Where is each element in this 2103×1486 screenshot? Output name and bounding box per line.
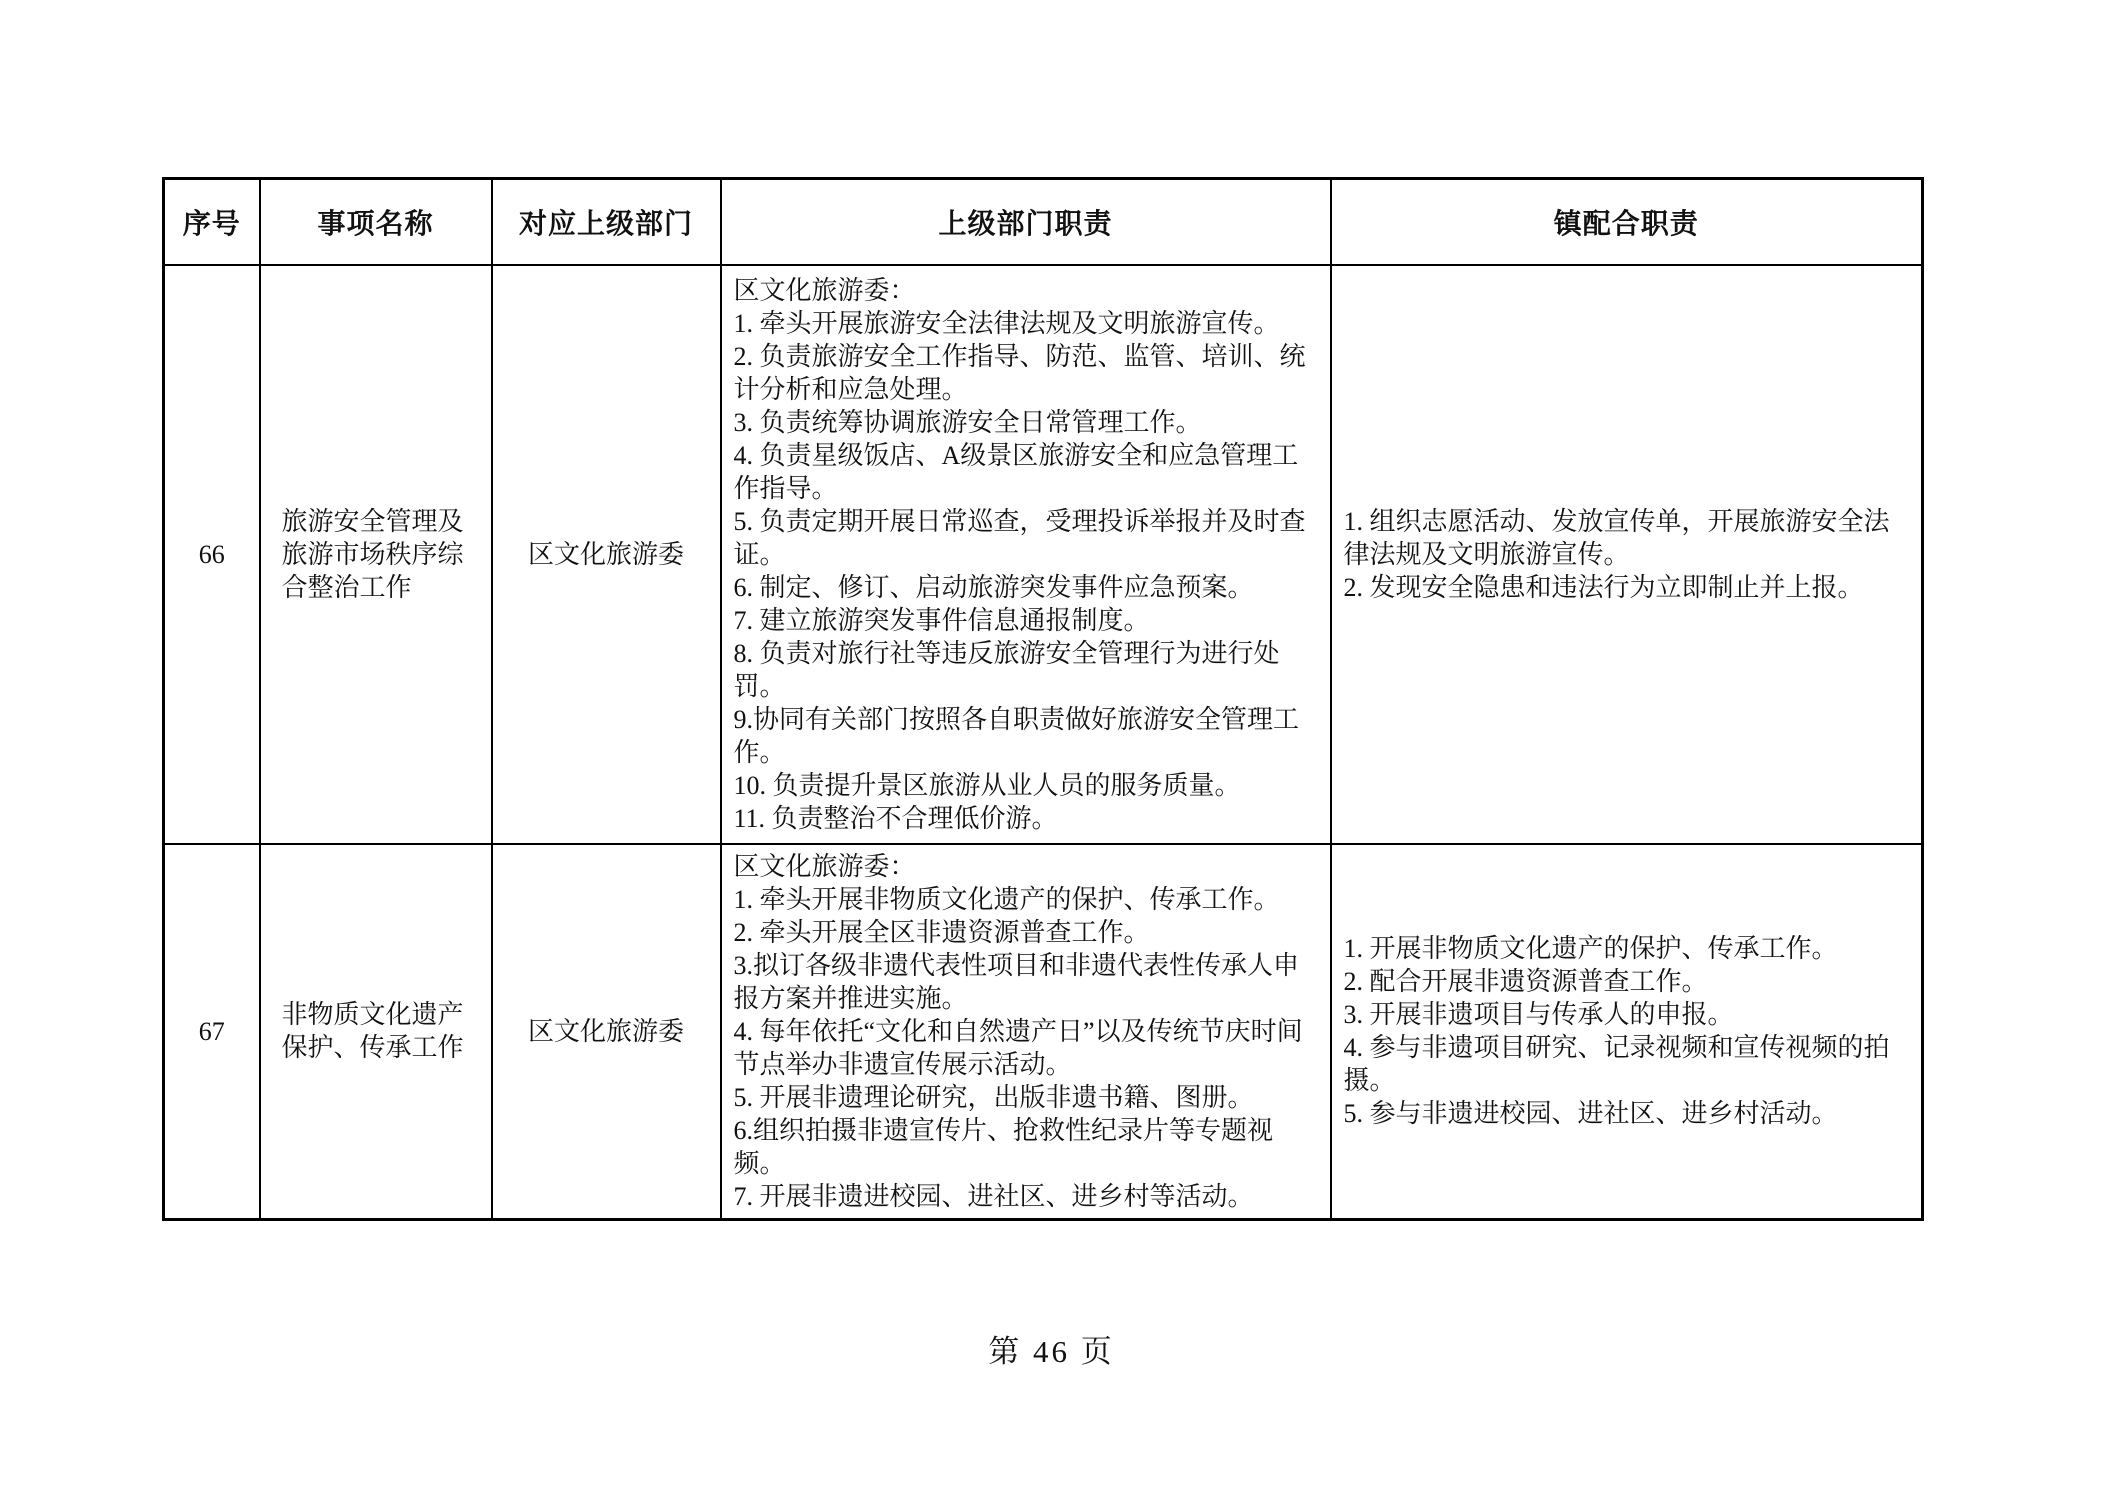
table-header-row: 序号 事项名称 对应上级部门 上级部门职责 镇配合职责 <box>164 179 1923 265</box>
cell-item-name-66: 旅游安全管理及旅游市场秩序综合整治工作 <box>260 265 492 844</box>
duties-table: 序号 事项名称 对应上级部门 上级部门职责 镇配合职责 66 旅游安全管理及旅游… <box>162 177 1924 1221</box>
duty-line: 5. 参与非遗进校园、进社区、进乡村活动。 <box>1344 1097 1914 1130</box>
cell-superior-duties-67: 区文化旅游委：1. 牵头开展非物质文化遗产的保护、传承工作。2. 牵头开展全区非… <box>721 844 1331 1220</box>
duty-line: 5. 开展非遗理论研究，出版非遗书籍、图册。 <box>734 1081 1322 1114</box>
header-item-name: 事项名称 <box>260 179 492 265</box>
duty-line: 2. 牵头开展全区非遗资源普查工作。 <box>734 916 1322 949</box>
header-superior-duties: 上级部门职责 <box>721 179 1331 265</box>
duty-line: 7. 建立旅游突发事件信息通报制度。 <box>734 604 1322 637</box>
table-row-67: 67 非物质文化遗产保护、传承工作 区文化旅游委 区文化旅游委：1. 牵头开展非… <box>164 844 1923 1220</box>
duty-line: 4. 参与非遗项目研究、记录视频和宣传视频的拍摄。 <box>1344 1031 1914 1097</box>
duty-line: 7. 开展非遗进校园、进社区、进乡村等活动。 <box>734 1180 1322 1213</box>
duty-line: 1. 开展非物质文化遗产的保护、传承工作。 <box>1344 932 1914 965</box>
duty-line: 8. 负责对旅行社等违反旅游安全管理行为进行处罚。 <box>734 637 1322 703</box>
cell-department-66: 区文化旅游委 <box>492 265 721 844</box>
duty-line: 3. 开展非遗项目与传承人的申报。 <box>1344 998 1914 1031</box>
cell-seq-66: 66 <box>164 265 260 844</box>
cell-superior-duties-66: 区文化旅游委：1. 牵头开展旅游安全法律法规及文明旅游宣传。2. 负责旅游安全工… <box>721 265 1331 844</box>
duty-line: 3. 负责统筹协调旅游安全日常管理工作。 <box>734 406 1322 439</box>
superior-duties-list-66: 区文化旅游委：1. 牵头开展旅游安全法律法规及文明旅游宣传。2. 负责旅游安全工… <box>734 274 1322 835</box>
town-duties-list-67: 1. 开展非物质文化遗产的保护、传承工作。2. 配合开展非遗资源普查工作。3. … <box>1344 932 1914 1130</box>
superior-duties-list-67: 区文化旅游委：1. 牵头开展非物质文化遗产的保护、传承工作。2. 牵头开展全区非… <box>734 850 1322 1213</box>
header-seq: 序号 <box>164 179 260 265</box>
duty-line: 6. 制定、修订、启动旅游突发事件应急预案。 <box>734 571 1322 604</box>
header-department: 对应上级部门 <box>492 179 721 265</box>
duty-line: 区文化旅游委： <box>734 850 1322 883</box>
header-town-duties: 镇配合职责 <box>1331 179 1923 265</box>
duty-line: 4. 负责星级饭店、A级景区旅游安全和应急管理工作指导。 <box>734 439 1322 505</box>
duty-line: 1. 组织志愿活动、发放宣传单，开展旅游安全法律法规及文明旅游宣传。 <box>1344 505 1914 571</box>
cell-item-name-67: 非物质文化遗产保护、传承工作 <box>260 844 492 1220</box>
duty-line: 5. 负责定期开展日常巡查，受理投诉举报并及时查证。 <box>734 505 1322 571</box>
cell-town-duties-67: 1. 开展非物质文化遗产的保护、传承工作。2. 配合开展非遗资源普查工作。3. … <box>1331 844 1923 1220</box>
duty-line: 4. 每年依托“文化和自然遗产日”以及传统节庆时间节点举办非遗宣传展示活动。 <box>734 1015 1322 1081</box>
document-page: 序号 事项名称 对应上级部门 上级部门职责 镇配合职责 66 旅游安全管理及旅游… <box>0 0 2103 1486</box>
duty-line: 1. 牵头开展非物质文化遗产的保护、传承工作。 <box>734 883 1322 916</box>
page-number: 第 46 页 <box>0 1326 2103 1371</box>
duty-line: 2. 负责旅游安全工作指导、防范、监管、培训、统计分析和应急处理。 <box>734 340 1322 406</box>
duty-line: 区文化旅游委： <box>734 274 1322 307</box>
table-row-66: 66 旅游安全管理及旅游市场秩序综合整治工作 区文化旅游委 区文化旅游委：1. … <box>164 265 1923 844</box>
duty-line: 2. 配合开展非遗资源普查工作。 <box>1344 965 1914 998</box>
cell-seq-67: 67 <box>164 844 260 1220</box>
cell-town-duties-66: 1. 组织志愿活动、发放宣传单，开展旅游安全法律法规及文明旅游宣传。2. 发现安… <box>1331 265 1923 844</box>
duty-line: 3.拟订各级非遗代表性项目和非遗代表性传承人申报方案并推进实施。 <box>734 949 1322 1015</box>
duty-line: 1. 牵头开展旅游安全法律法规及文明旅游宣传。 <box>734 307 1322 340</box>
duty-line: 6.组织拍摄非遗宣传片、抢救性纪录片等专题视频。 <box>734 1114 1322 1180</box>
cell-department-67: 区文化旅游委 <box>492 844 721 1220</box>
duty-line: 10. 负责提升景区旅游从业人员的服务质量。 <box>734 769 1322 802</box>
town-duties-list-66: 1. 组织志愿活动、发放宣传单，开展旅游安全法律法规及文明旅游宣传。2. 发现安… <box>1344 505 1914 604</box>
duty-line: 2. 发现安全隐患和违法行为立即制止并上报。 <box>1344 571 1914 604</box>
duty-line: 11. 负责整治不合理低价游。 <box>734 802 1322 835</box>
duty-line: 9.协同有关部门按照各自职责做好旅游安全管理工作。 <box>734 703 1322 769</box>
